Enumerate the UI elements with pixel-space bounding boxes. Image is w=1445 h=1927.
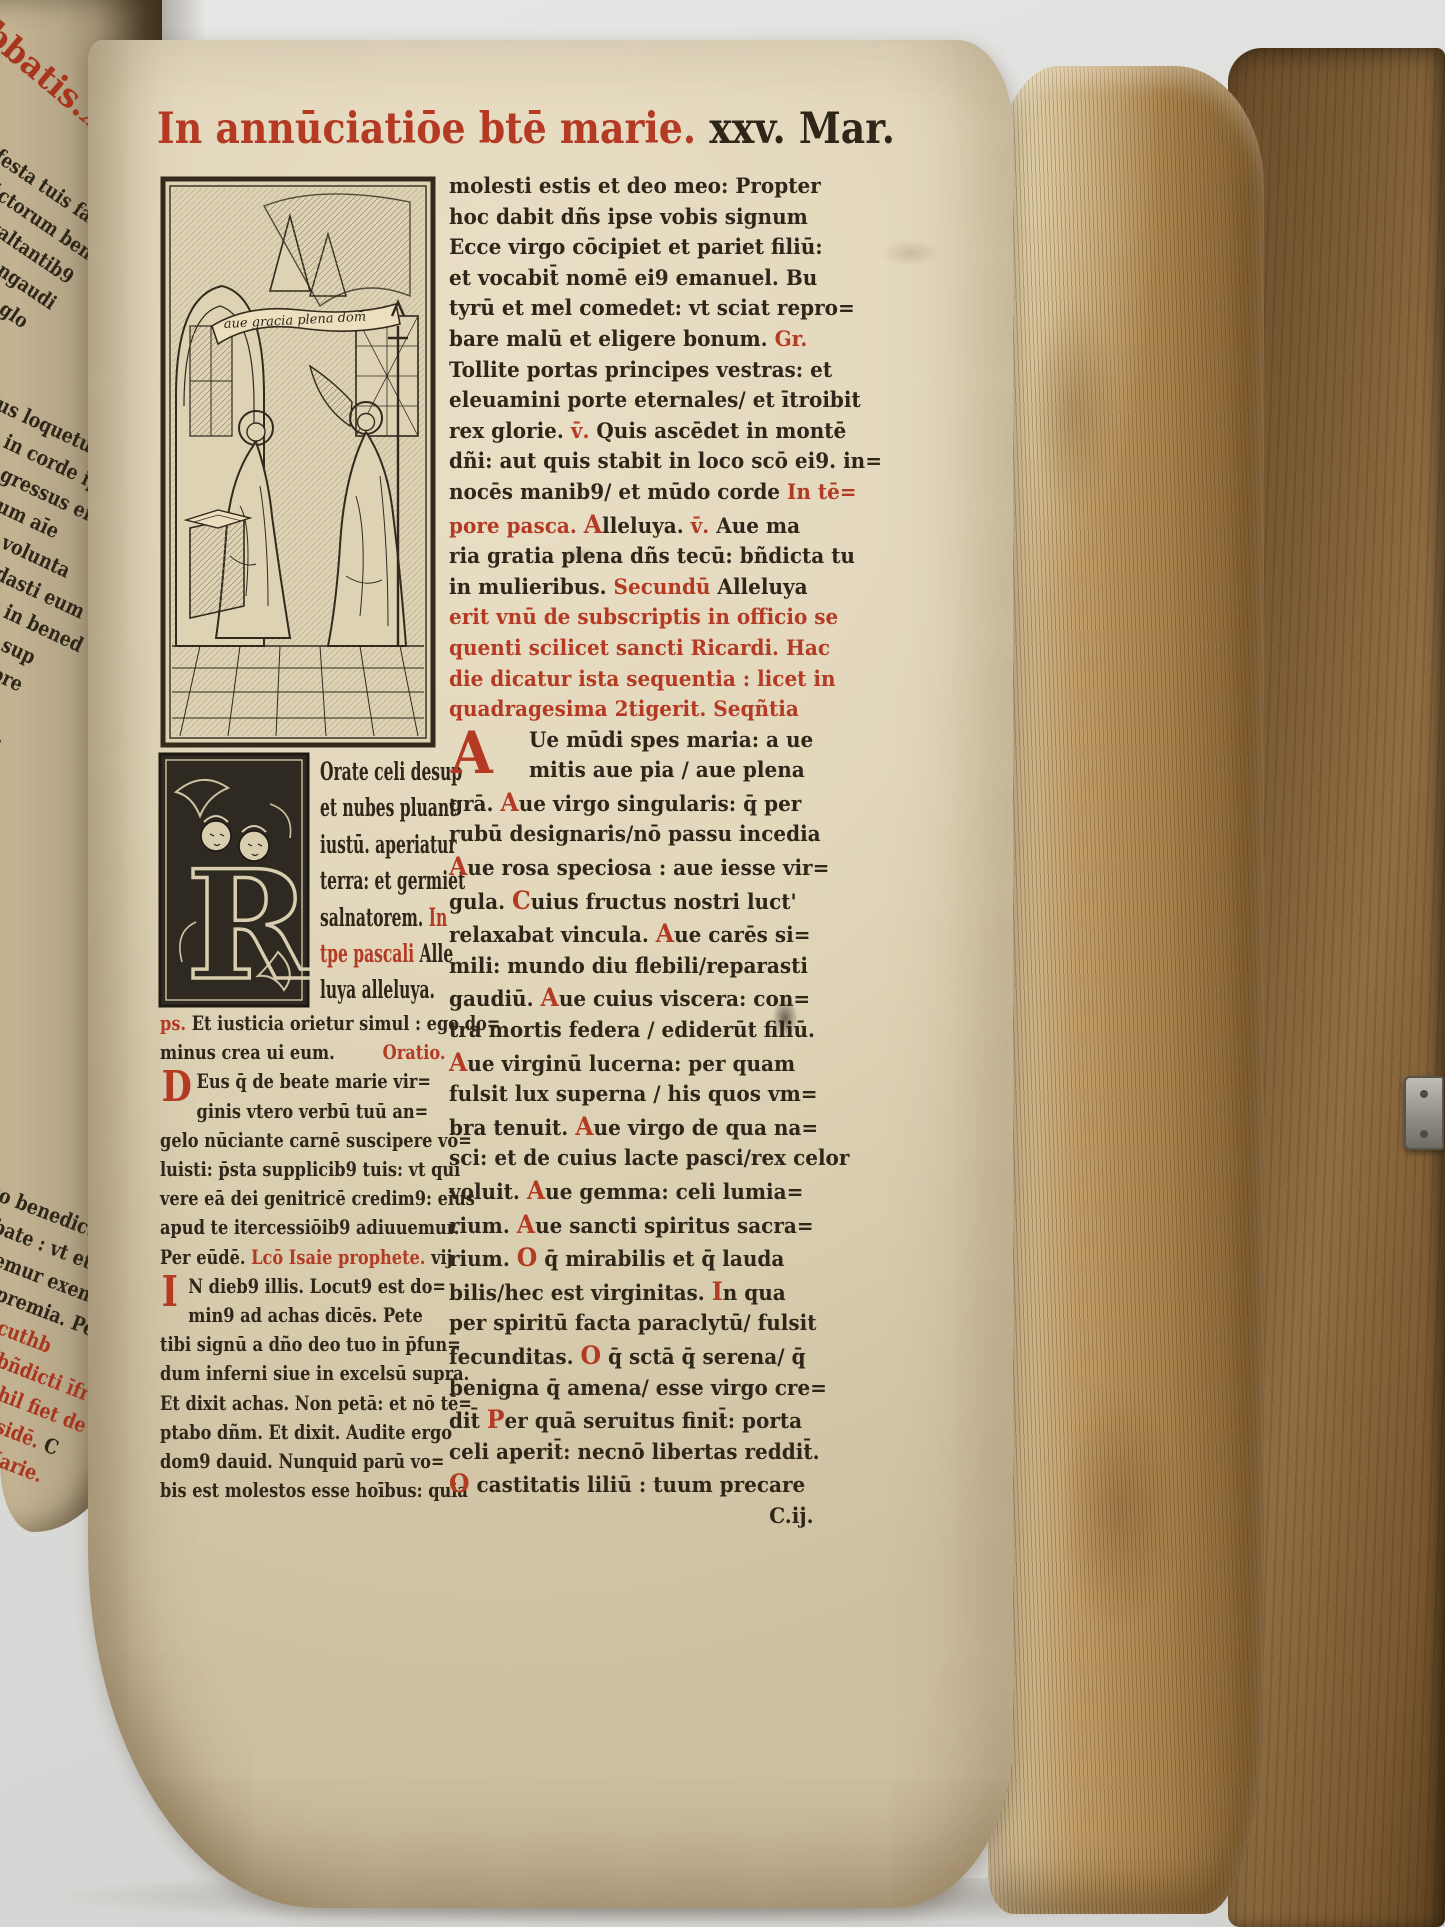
text-segment: Per eūdē. [160,1246,251,1269]
text-segment: A [517,1209,535,1239]
text-line: relaxabat vincula. Aue carēs si= [449,918,814,952]
text-segment: P [487,1404,505,1434]
text-segment: ue virginū lucerna: per quam [467,1052,795,1077]
clasp-rivet [1420,1090,1428,1098]
text-segment: ginis vtero verbū tuū an= [197,1100,429,1123]
text-segment: ue sancti spiritus sacra= [535,1214,814,1239]
paper-stain [880,240,940,266]
text-segment: tra mortis federa / ediderūt filiū. [449,1018,815,1043]
text-segment: Oratio. [383,1038,446,1067]
text-segment: A [500,787,518,817]
text-segment: vere eā dei genitricē credim9: eius [160,1187,475,1210]
text-segment: benigna q̄ amena/ esse virgo cre= [449,1376,827,1401]
text-segment: er quā seruitus finit̄: porta [505,1409,803,1434]
text-segment: Ecce virgo cōcipiet et pariet filiū: [449,235,823,260]
text-segment: tyrū et mel comedet: vt sciat repro= [449,296,855,321]
text-line: in mulieribus. Secundū Alleluya [449,573,814,604]
text-line: rubū designaris/nō passu incedia [449,820,814,851]
text-segment: quenti scilicet sancti Ricardi. Hac [449,636,830,661]
text-line: minus crea ui eum.Oratio. [160,1038,446,1067]
text-segment: ue virgo singularis: q̄ per [519,792,802,817]
text-segment: castitatis liliū : tuum precare [470,1473,806,1498]
text-segment: hoc dabit dñs ipse vobis signum [449,205,808,230]
text-line: dit̄ Per quā seruitus finit̄: porta [449,1404,814,1438]
photo-of-open-book: { "colors":{ "rubric":"#b43a23","ink":"#… [0,0,1445,1927]
text-line: salnatorem. In [320,900,444,936]
text-segment: O [581,1340,602,1370]
right-column-text: molesti estis et deo meo: Propterhoc dab… [449,172,814,1533]
text-segment: ue carēs si= [674,923,810,948]
text-segment: A [449,1047,467,1077]
text-line: dñi: aut quis stabit in loco scō ei9. in… [449,447,814,478]
text-line: bis est molestos esse hoībus: quia [160,1476,446,1505]
text-line: per spiritū facta paraclytū/ fulsit [449,1309,814,1340]
text-line: tibi signū a dño deo tuo in p̄fun= [160,1330,446,1359]
paper-stain [560,548,600,562]
text-segment: luisti: p̄sta supplicib9 tuis: vt qui [160,1158,460,1181]
text-segment: apud te itercessiōib9 adiuuemur. [160,1216,459,1239]
text-line: hoc dabit dñs ipse vobis signum [449,203,814,234]
text-segment: Lcō Isaie prophete. [251,1246,431,1269]
text-line: Et dixit achas. Non petā: et nō tē= [160,1389,446,1418]
text-segment: ue virgo de qua na= [594,1116,819,1141]
text-segment: fulsit lux superna / his quos vm= [449,1082,818,1107]
text-segment: q̄ mirabilis et q̄ lauda [537,1247,784,1272]
text-line: tra mortis federa / ediderūt filiū. [449,1016,814,1047]
text-line: quenti scilicet sancti Ricardi. Hac [449,634,814,665]
text-line: fulsit lux superna / his quos vm= [449,1080,814,1111]
text-line: min9 ad achas dicēs. Pete [160,1301,446,1330]
text-line: iustū. aperiatur [320,827,444,863]
text-segment: Ue mūdi spes maria: a ue [529,728,813,753]
text-segment: rubū designaris/nō passu incedia [449,822,821,847]
text-segment: gelo nūciante carnē suscipere vo= [160,1129,472,1152]
text-segment: Secundū [614,575,718,600]
running-title-feast: In annūciatiōe btē marie. [157,104,696,154]
text-segment: min9 ad achas dicēs. Pete [188,1304,423,1327]
running-title-date: xxv. Mar. [709,104,895,154]
text-segment: In tē= [787,480,857,505]
text-line: tyrū et mel comedet: vt sciat repro= [449,294,814,325]
text-segment: Et dixit achas. Non petā: et nō tē= [160,1392,472,1415]
text-line: bilis/hec est virginitas. In qua [449,1276,814,1310]
text-segment: relaxabat vincula. [449,923,656,948]
text-line: Orate celi desup [320,754,444,790]
text-line: gula. Cuius fructus nostri luct' [449,885,814,919]
left-column-text: ps. Et iusticia orietur simul : ego do=m… [160,1009,446,1505]
running-title: In annūciatiōe btē marie. xxv. Mar. [157,104,895,154]
text-segment: Eus q̄ de beate marie vir= [197,1070,431,1093]
text-line: Per eūdē. Lcō Isaie prophete. vij [160,1243,446,1272]
text-segment: Orate celi desup [320,757,462,786]
text-line: benigna q̄ amena/ esse virgo cre= [449,1374,814,1405]
text-line: sci: et de cuius lacte pasci/rex celor [449,1144,814,1175]
text-segment: gula. [449,890,512,915]
text-segment: eleuamini porte eternales/ et ītroibit [449,388,861,413]
text-segment: uius fructus nostri luct' [531,890,797,915]
text-line: dom9 dauid. Nunquid parū vo= [160,1447,446,1476]
text-segment: in mulieribus. [449,575,614,600]
text-segment: fecunditas. [449,1345,581,1370]
text-line: rium. Aue sancti spiritus sacra= [449,1209,814,1243]
text-line: Tollite portas principes vestras: et [449,356,814,387]
text-segment: Alleluya [717,575,807,600]
text-line: IN dieb9 illis. Locut9 est do= [160,1272,446,1301]
text-line: gaudiū. Aue cuius viscera: con= [449,982,814,1016]
text-segment: dum inferni siue in excelsū supra. [160,1362,469,1385]
text-line: DEus q̄ de beate marie vir= [160,1067,446,1096]
text-segment: bilis/hec est virginitas. [449,1281,712,1306]
text-segment: ue gemma: celi lumia= [545,1180,803,1205]
text-segment: A [541,982,559,1012]
text-segment: Tollite portas principes vestras: et [449,358,832,383]
annunciation-woodcut: aue gracia plena dom̄ [160,176,436,748]
text-line: die dicatur ista sequentia : licet in [449,665,814,696]
text-line: erit vnū de subscriptis in officio se [449,603,814,634]
text-segment: ria gratia plena dñs tecū: bñdicta tu [449,544,855,569]
text-line: rex glorie. v̄. Quis ascēdet in montē [449,417,814,448]
text-segment: gaudiū. [449,987,541,1012]
text-segment: salnatorem. [320,903,429,932]
text-segment: tibi signū a dño deo tuo in p̄fun= [160,1333,461,1356]
initial-letter: R [186,838,310,1008]
text-segment: O [449,1468,470,1498]
text-line: vere eā dei genitricē credim9: eius [160,1184,446,1213]
decorated-initial-R: R [158,752,310,1008]
text-segment: luya alleluya. [320,975,435,1004]
text-segment: per spiritū facta paraclytū/ fulsit [449,1311,816,1336]
text-line: luisti: p̄sta supplicib9 tuis: vt qui [160,1155,446,1184]
text-segment: C [512,885,531,915]
text-line: luya alleluya. [320,972,444,1008]
text-segment: n qua [723,1281,786,1306]
text-line: quadragesima 2tigerit. Seqñtia [449,695,814,726]
text-line: C.ij. [449,1502,814,1533]
text-segment: N dieb9 illis. Locut9 est do= [188,1275,446,1298]
text-line: molesti estis et deo meo: Propter [449,172,814,203]
text-segment: Aue ma [716,514,800,539]
text-line: AUe mūdi spes maria: a ue [449,726,814,757]
text-segment: A [656,918,674,948]
text-line: grā. Aue virgo singularis: q̄ per [449,787,814,821]
text-line: tpe pascali Alle [320,936,444,972]
text-line: apud te itercessiōib9 adiuuemur. [160,1213,446,1242]
text-segment: voluit. [449,1180,527,1205]
text-line: gelo nūciante carnē suscipere vo= [160,1126,446,1155]
text-segment: A [584,509,602,539]
text-segment: terra: et germiet [320,866,465,895]
text-line: ginis vtero verbū tuū an= [160,1097,446,1126]
text-line: pore pasca. Alleluya. v̄. Aue ma [449,509,814,543]
text-line: Aue virginū lucerna: per quam [449,1047,814,1081]
text-segment: die dicatur ista sequentia : licet in [449,667,836,692]
text-line: ptabo dñm. Et dixit. Audite ergo [160,1418,446,1447]
text-segment: v̄. [571,419,597,444]
text-line: Aue rosa speciosa : aue iesse vir= [449,851,814,885]
text-line: terra: et germiet [320,863,444,899]
text-segment: rium. [449,1247,517,1272]
text-segment: mitis aue pia / aue plena [529,758,805,783]
text-segment: I [712,1276,723,1306]
ink-smudge [772,998,798,1038]
text-segment: C.ij. [769,1504,813,1529]
text-line: et vocabit̄ nomē ei9 emanuel. Bu [449,264,814,295]
text-segment: bare malū et eligere bonum. [449,327,775,352]
text-segment: mili: mundo diu flebili/reparasti [449,954,808,979]
text-segment: bra tenuit. [449,1116,575,1141]
text-segment: A [527,1175,545,1205]
text-line: rium. O q̄ mirabilis et q̄ lauda [449,1242,814,1276]
text-line: eleuamini porte eternales/ et ītroibit [449,386,814,417]
text-line: nocēs manib9/ et mūdo corde In tē= [449,478,814,509]
text-line: fecunditas. O q̄ sctā q̄ serena/ q̄ [449,1340,814,1374]
text-segment: A [449,851,467,881]
text-segment: bis est molestos esse hoībus: quia [160,1479,468,1502]
text-line: bra tenuit. Aue virgo de qua na= [449,1111,814,1145]
text-segment: et vocabit̄ nomē ei9 emanuel. Bu [449,266,817,291]
text-line: O castitatis liliū : tuum precare [449,1468,814,1502]
text-segment: dñi: aut quis stabit in loco scō ei9. in… [449,449,882,474]
text-segment: quadragesima 2tigerit. Seqñtia [449,697,799,722]
text-segment: ps. [160,1012,192,1035]
edge-stain [1060,1380,1180,1640]
text-segment: pore pasca. [449,514,584,539]
text-segment: In [429,903,448,932]
text-segment: iustū. aperiatur [320,830,457,859]
text-segment: v̄. [691,514,717,539]
text-line: ps. Et iusticia orietur simul : ego do= [160,1009,446,1038]
text-line: celi aperit̄: necnō libertas reddit̄. [449,1438,814,1469]
text-segment: lleluya. [602,514,691,539]
text-segment: rium. [449,1214,517,1239]
edge-stain [1030,300,1120,520]
text-line: mitis aue pia / aue plena [449,756,814,787]
text-line: Ecce virgo cōcipiet et pariet filiū: [449,233,814,264]
clasp-rivet [1420,1130,1428,1138]
text-segment: nocēs manib9/ et mūdo corde [449,480,787,505]
text-segment: O [517,1242,538,1272]
text-segment: erit vnū de subscriptis in officio se [449,605,838,630]
text-segment: sci: et de cuius lacte pasci/rex celor [449,1146,849,1171]
text-line: dum inferni siue in excelsū supra. [160,1359,446,1388]
text-segment: ue rosa speciosa : aue iesse vir= [467,856,829,881]
text-segment: rex glorie. [449,419,571,444]
text-segment: celi aperit̄: necnō libertas reddit̄. [449,1440,820,1465]
text-segment: et nubes pluant [320,793,456,822]
text-segment: ptabo dñm. Et dixit. Audite ergo [160,1421,452,1444]
text-line: mili: mundo diu flebili/reparasti [449,952,814,983]
text-segment: dit̄ [449,1409,487,1434]
text-segment: tpe pascali [320,939,420,968]
text-line: bare malū et eligere bonum. Gr. [449,325,814,356]
text-segment: grā. [449,792,500,817]
metal-clasp [1404,1076,1444,1150]
left-column-antiphon: Orate celi desupet nubes pluantiustū. ap… [320,754,444,1009]
text-segment: Quis ascēdet in montē [596,419,846,444]
text-segment: q̄ sctā q̄ serena/ q̄ [601,1345,805,1370]
text-segment: dom9 dauid. Nunquid parū vo= [160,1450,444,1473]
text-segment: A [575,1111,593,1141]
text-line: voluit. Aue gemma: celi lumia= [449,1175,814,1209]
text-segment: Gr. [775,327,808,352]
text-line: et nubes pluant [320,790,444,826]
text-segment: molesti estis et deo meo: Propter [449,174,821,199]
text-line: ria gratia plena dñs tecū: bñdicta tu [449,542,814,573]
